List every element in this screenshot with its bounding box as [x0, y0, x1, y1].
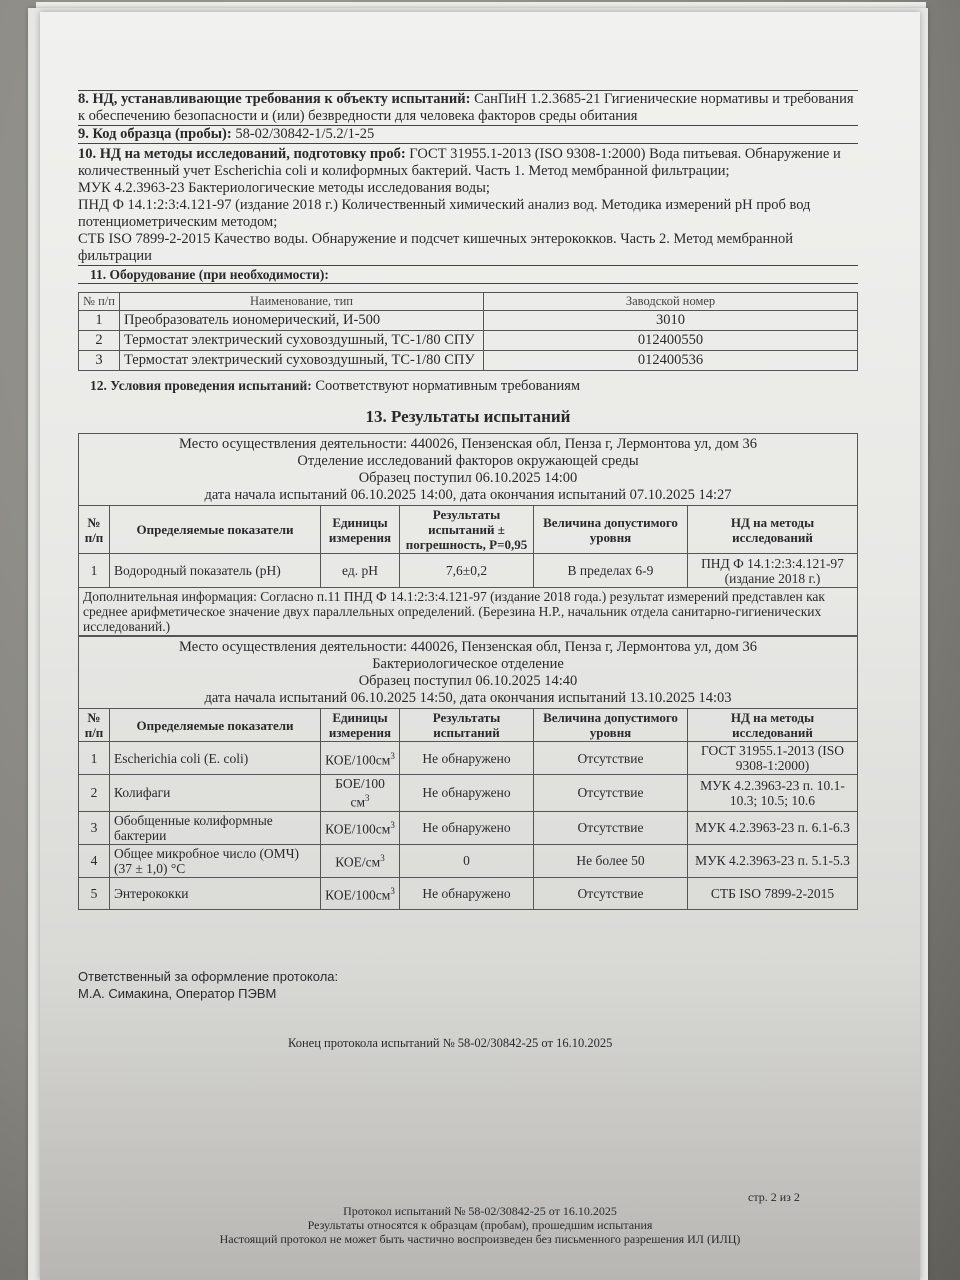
table-row: 1 Водородный показатель (pH) ед. pH 7,6±… [79, 554, 858, 588]
equipment-header-name: Наименование, тип [120, 293, 484, 311]
section-10: 10. НД на методы исследований, подготовк… [78, 144, 858, 266]
unit-exponent: 3 [390, 751, 395, 761]
document-page: 8. НД, устанавливающие требования к объе… [40, 12, 920, 1280]
row-num: 5 [79, 877, 110, 909]
col-unit: Единицы измерения [321, 506, 400, 554]
row-indicator: Энтерококки [110, 877, 321, 909]
row-unit: КОЕ/100см3 [321, 811, 400, 844]
equipment-name: Преобразователь иономерический, И-500 [120, 311, 484, 331]
table-row: 2КолифагиБОЕ/100 см3Не обнаруженоОтсутст… [79, 775, 858, 812]
row-limit: Отсутствие [534, 811, 688, 844]
row-method: СТБ ISO 7899-2-2015 [688, 877, 858, 909]
row-indicator: Общее микробное число (ОМЧ) (37 ± 1,0) °… [110, 844, 321, 877]
row-result: Не обнаружено [400, 775, 534, 812]
equipment-name: Термостат электрический суховоздушный, Т… [120, 351, 484, 371]
responsible-name: М.А. Симакина, Оператор ПЭВМ [78, 985, 858, 1002]
col-result: Результаты испытаний [400, 709, 534, 742]
equipment-serial: 012400536 [484, 351, 858, 371]
footer-line-1: Протокол испытаний № 58-02/30842-25 от 1… [140, 1204, 820, 1218]
row-result: 0 [400, 844, 534, 877]
equipment-serial: 012400550 [484, 331, 858, 351]
results-table-chemical: Место осуществления деятельности: 440026… [78, 433, 858, 636]
row-method: МУК 4.2.3963-23 п. 10.1-10.3; 10.5; 10.6 [688, 775, 858, 812]
section-10-line-2: МУК 4.2.3963-23 Бактериологические метод… [78, 180, 858, 197]
row-method: ГОСТ 31955.1-2013 (ISO 9308-1:2000) [688, 742, 858, 775]
table-row: 4Общее микробное число (ОМЧ) (37 ± 1,0) … [79, 844, 858, 877]
row-result: Не обнаружено [400, 877, 534, 909]
row-num: 1 [79, 554, 110, 588]
section-8-label: 8. НД, устанавливающие требования к объе… [78, 91, 470, 107]
row-indicator: Обобщенные колиформные бактерии [110, 811, 321, 844]
row-limit: Не более 50 [534, 844, 688, 877]
row-indicator: Водородный показатель (pH) [110, 554, 321, 588]
block1-place: Место осуществления деятельности: 440026… [83, 436, 853, 453]
table-row: 5ЭнтерококкиКОЕ/100см3Не обнаруженоОтсут… [79, 877, 858, 909]
equipment-header-num: № п/п [79, 293, 120, 311]
section-8: 8. НД, устанавливающие требования к объе… [78, 91, 858, 126]
block1-dates: дата начала испытаний 06.10.2025 14:00, … [83, 487, 853, 504]
row-limit: Отсутствие [534, 742, 688, 775]
section-9: 9. Код образца (пробы): 58-02/30842-1/5.… [78, 126, 858, 144]
block1-received: Образец поступил 06.10.2025 14:00 [83, 470, 853, 487]
col-result: Результаты испытаний ± погрешность, P=0,… [400, 506, 534, 554]
section-11-label: 11. Оборудование (при необходимости): [78, 266, 858, 284]
row-result: 7,6±0,2 [400, 554, 534, 588]
col-indicator: Определяемые показатели [110, 709, 321, 742]
row-method: МУК 4.2.3963-23 п. 6.1-6.3 [688, 811, 858, 844]
page-number: стр. 2 из 2 [748, 1190, 800, 1205]
section-10-line-4: СТБ ISO 7899-2-2015 Качество воды. Обнар… [78, 231, 858, 265]
row-num: 2 [79, 775, 110, 812]
block2-place: Место осуществления деятельности: 440026… [83, 639, 853, 656]
row-limit: Отсутствие [534, 775, 688, 812]
section-10-line-3: ПНД Ф 14.1:2:3:4.121-97 (издание 2018 г.… [78, 197, 858, 231]
col-indicator: Определяемые показатели [110, 506, 321, 554]
results-title: 13. Результаты испытаний [78, 407, 858, 427]
row-result: Не обнаружено [400, 742, 534, 775]
row-indicator: Escherichia coli (E. coli) [110, 742, 321, 775]
row-num: 4 [79, 844, 110, 877]
row-num: 1 [79, 742, 110, 775]
section-12-label: 12. Условия проведения испытаний: [90, 378, 312, 393]
col-num: № п/п [79, 709, 110, 742]
responsible-label: Ответственный за оформление протокола: [78, 968, 858, 985]
table-row: 2 Термостат электрический суховоздушный,… [79, 331, 858, 351]
row-result: Не обнаружено [400, 811, 534, 844]
equipment-num: 2 [79, 331, 120, 351]
equipment-table: № п/п Наименование, тип Заводской номер … [78, 292, 858, 371]
results-table-bacteriological: Место осуществления деятельности: 440026… [78, 636, 858, 910]
footer-line-3: Настоящий протокол не может быть частичн… [140, 1232, 820, 1246]
unit-exponent: 3 [365, 793, 370, 803]
row-unit: КОЕ/100см3 [321, 742, 400, 775]
section-10-label: 10. НД на методы исследований, подготовк… [78, 146, 406, 162]
col-method: НД на методы исследований [688, 709, 858, 742]
col-unit: Единицы измерения [321, 709, 400, 742]
row-unit: ед. pH [321, 554, 400, 588]
row-limit: Отсутствие [534, 877, 688, 909]
table-row: 1Escherichia coli (E. coli)КОЕ/100см3Не … [79, 742, 858, 775]
block2-header: Место осуществления деятельности: 440026… [79, 637, 858, 709]
equipment-header-serial: Заводской номер [484, 293, 858, 311]
table-row: 3 Термостат электрический суховоздушный,… [79, 351, 858, 371]
unit-exponent: 3 [380, 853, 385, 863]
unit-exponent: 3 [390, 886, 395, 896]
row-method: МУК 4.2.3963-23 п. 5.1-5.3 [688, 844, 858, 877]
equipment-num: 3 [79, 351, 120, 371]
responsible: Ответственный за оформление протокола: М… [78, 968, 858, 1002]
block1-note: Дополнительная информация: Согласно п.11… [79, 588, 858, 636]
row-method: ПНД Ф 14.1:2:3:4.121-97 (издание 2018 г.… [688, 554, 858, 588]
table-row: 3Обобщенные колиформные бактерииКОЕ/100с… [79, 811, 858, 844]
table-row: 1 Преобразователь иономерический, И-500 … [79, 311, 858, 331]
row-num: 3 [79, 811, 110, 844]
page-footer: Протокол испытаний № 58-02/30842-25 от 1… [140, 1204, 820, 1246]
col-limit: Величина допустимого уровня [534, 506, 688, 554]
end-note: Конец протокола испытаний № 58-02/30842-… [288, 1036, 858, 1051]
block1-header: Место осуществления деятельности: 440026… [79, 434, 858, 506]
footer-line-2: Результаты относятся к образцам (пробам)… [140, 1218, 820, 1232]
equipment-serial: 3010 [484, 311, 858, 331]
section-12-text: Соответствуют нормативным требованиям [315, 378, 580, 394]
unit-exponent: 3 [390, 820, 395, 830]
row-unit: КОЕ/см3 [321, 844, 400, 877]
section-9-text: 58-02/30842-1/5.2/1-25 [235, 126, 374, 142]
document-content: 8. НД, устанавливающие требования к объе… [78, 90, 858, 1051]
row-limit: В пределах 6-9 [534, 554, 688, 588]
row-unit: КОЕ/100см3 [321, 877, 400, 909]
block2-department: Бактериологическое отделение [83, 656, 853, 673]
section-9-label: 9. Код образца (пробы): [78, 126, 232, 142]
col-method: НД на методы исследований [688, 506, 858, 554]
section-12: 12. Условия проведения испытаний: Соотве… [78, 377, 858, 395]
block2-dates: дата начала испытаний 06.10.2025 14:50, … [83, 690, 853, 707]
row-indicator: Колифаги [110, 775, 321, 812]
col-limit: Величина допустимого уровня [534, 709, 688, 742]
equipment-num: 1 [79, 311, 120, 331]
equipment-name: Термостат электрический суховоздушный, Т… [120, 331, 484, 351]
block1-department: Отделение исследований факторов окружающ… [83, 453, 853, 470]
row-unit: БОЕ/100 см3 [321, 775, 400, 812]
block2-received: Образец поступил 06.10.2025 14:40 [83, 673, 853, 690]
col-num: № п/п [79, 506, 110, 554]
